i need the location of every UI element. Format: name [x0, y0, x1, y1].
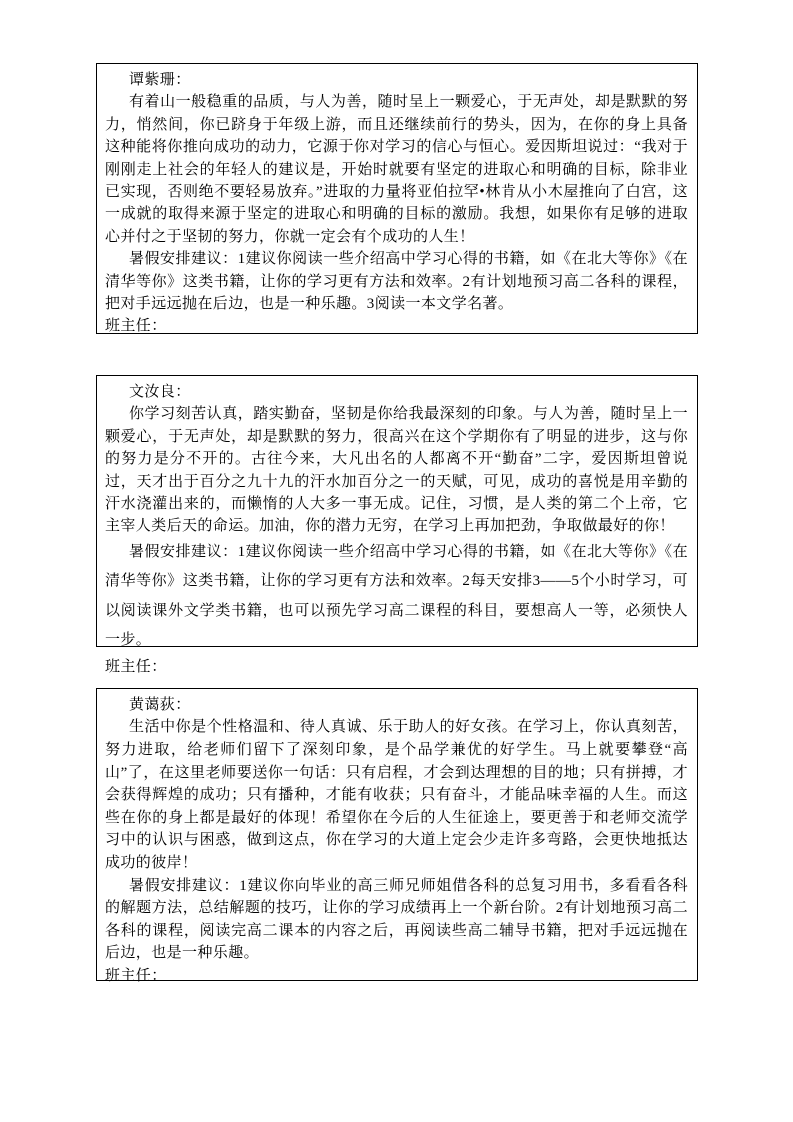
student-comment-card-2: 文汝良： 你学习刻苦认真，踏实勤奋，坚韧是你给我最深刻的印象。与人为善，随时呈上… [96, 375, 698, 647]
teacher-comment-paragraph: 生活中你是个性格温和、待人真诚、乐于助人的好女孩。在学习上，你认真刻苦，努力进取… [105, 716, 688, 874]
signature-label: 班主任： [105, 656, 688, 678]
student-name: 谭紫珊： [105, 69, 688, 91]
student-comment-card-1: 谭紫珊： 有着山一般稳重的品质，与人为善，随时呈上一颗爱心，于无声处，却是默默的… [96, 63, 698, 334]
holiday-advice-paragraph: 暑假安排建议：1建议你阅读一些介绍高中学习心得的书籍，如《在北大等你》《在清华等… [105, 538, 688, 656]
holiday-advice-paragraph: 暑假安排建议：1建议你阅读一些介绍高中学习心得的书籍，如《在北大等你》《在清华等… [105, 248, 688, 315]
holiday-advice-paragraph: 暑假安排建议：1建议你向毕业的高三师兄师姐借各科的总复习用书，多看看各科的解题方… [105, 875, 688, 965]
document-page: 谭紫珊： 有着山一般稳重的品质，与人为善，随时呈上一颗爱心，于无声处，却是默默的… [0, 0, 793, 1122]
signature-label: 班主任： [105, 315, 688, 337]
signature-label: 班主任： [105, 965, 688, 987]
teacher-comment-paragraph: 你学习刻苦认真，踏实勤奋，坚韧是你给我最深刻的印象。与人为善，随时呈上一颗爱心，… [105, 403, 688, 537]
student-name: 文汝良： [105, 381, 688, 403]
student-comment-card-3: 黄蔼荻： 生活中你是个性格温和、待人真诚、乐于助人的好女孩。在学习上，你认真刻苦… [96, 688, 698, 981]
student-name: 黄蔼荻： [105, 694, 688, 716]
teacher-comment-paragraph: 有着山一般稳重的品质，与人为善，随时呈上一颗爱心，于无声处，却是默默的努力，悄然… [105, 91, 688, 248]
